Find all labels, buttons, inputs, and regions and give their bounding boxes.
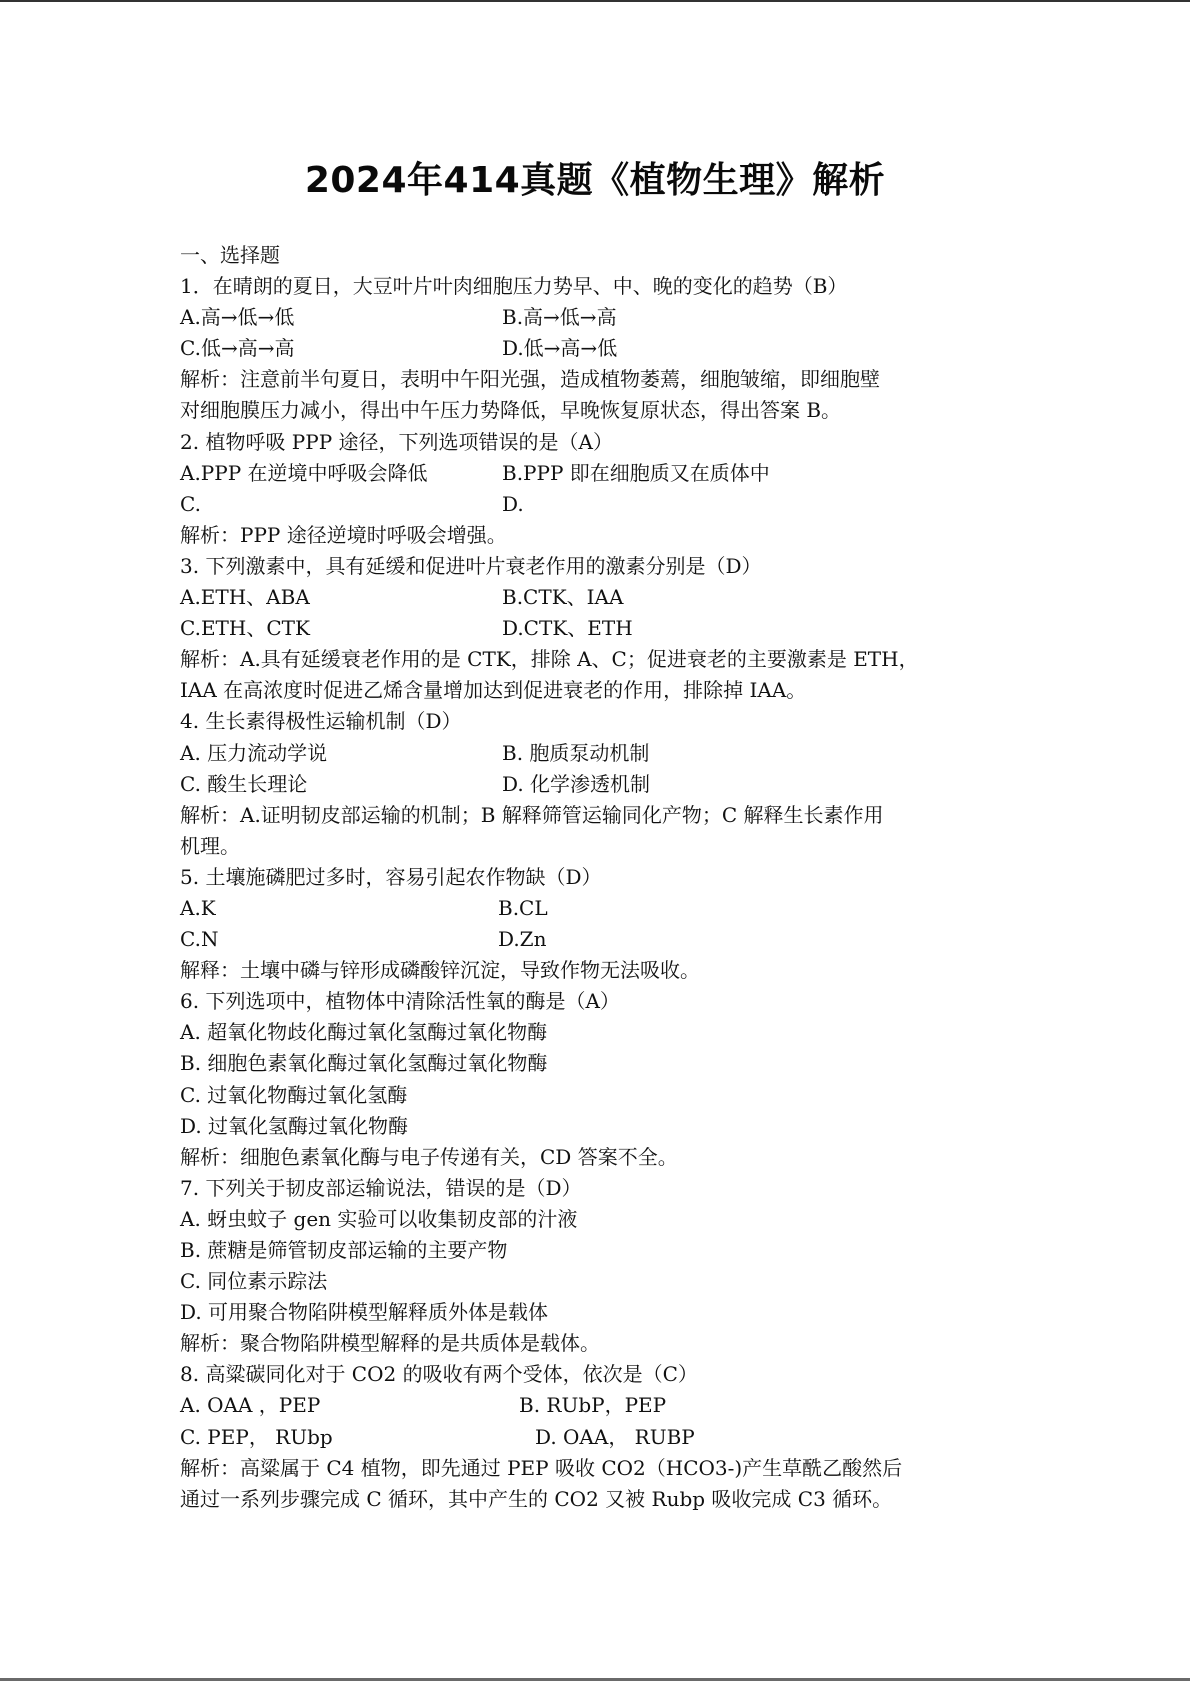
options-row: C.低→高→高 D.低→高→低 (180, 333, 1020, 364)
option-a: A.PPP 在逆境中呼吸会降低 (180, 458, 502, 489)
section-heading: 一、选择题 (180, 240, 1020, 271)
question-4: 4. 生长素得极性运输机制（D） A. 压力流动学说 B. 胞质泵动机制 C. … (180, 706, 1020, 861)
question-1: 1．在晴朗的夏日，大豆叶片叶肉细胞压力势早、中、晚的变化的趋势（B） A.高→低… (180, 271, 1020, 426)
top-border (0, 0, 1190, 2)
option-d: D. 可用聚合物陷阱模型解释质外体是载体 (180, 1297, 1020, 1328)
options-row: A.PPP 在逆境中呼吸会降低 B.PPP 即在细胞质又在质体中 (180, 458, 1020, 489)
analysis-line: 对细胞膜压力减小，得出中午压力势降低，早晚恢复原状态，得出答案 B。 (180, 395, 1020, 426)
question-stem: 5. 土壤施磷肥过多时，容易引起农作物缺（D） (180, 862, 1020, 893)
options-row: C. D. (180, 489, 1020, 520)
option-d: D.CTK、ETH (502, 613, 633, 644)
option-a: A. 压力流动学说 (180, 738, 502, 769)
options-row: C.ETH、CTK D.CTK、ETH (180, 613, 1020, 644)
option-a: A.K (180, 893, 498, 924)
document-body: 一、选择题 1．在晴朗的夏日，大豆叶片叶肉细胞压力势早、中、晚的变化的趋势（B）… (180, 240, 1020, 1515)
question-stem: 3. 下列激素中，具有延缓和促进叶片衰老作用的激素分别是（D） (180, 551, 1020, 582)
analysis-line: 通过一系列步骤完成 C 循环，其中产生的 CO2 又被 Rubp 吸收完成 C3… (180, 1484, 1020, 1515)
option-d: D. 过氧化氢酶过氧化物酶 (180, 1111, 1020, 1142)
option-b: B. 胞质泵动机制 (502, 738, 649, 769)
question-2: 2. 植物呼吸 PPP 途径，下列选项错误的是（A） A.PPP 在逆境中呼吸会… (180, 427, 1020, 551)
option-b: B. 蔗糖是筛管韧皮部运输的主要产物 (180, 1235, 1020, 1266)
option-b: B.高→低→高 (502, 302, 617, 333)
question-stem: 7. 下列关于韧皮部运输说法，错误的是（D） (180, 1173, 1020, 1204)
options-row: A.K B.CL (180, 893, 1020, 924)
options-row: A. 压力流动学说 B. 胞质泵动机制 (180, 738, 1020, 769)
option-c: C.N (180, 924, 498, 955)
analysis-line: 解析：A.具有延缓衰老作用的是 CTK，排除 A、C；促进衰老的主要激素是 ET… (180, 644, 1020, 675)
question-stem: 1．在晴朗的夏日，大豆叶片叶肉细胞压力势早、中、晚的变化的趋势（B） (180, 271, 1020, 302)
options-row: A. OAA ，PEP B. RUbP，PEP (180, 1390, 1020, 1421)
option-b: B. RUbP，PEP (519, 1390, 666, 1421)
question-8: 8. 高粱碳同化对于 CO2 的吸收有两个受体，依次是（C） A. OAA ，P… (180, 1359, 1020, 1514)
option-b: B. 细胞色素氧化酶过氧化氢酶过氧化物酶 (180, 1048, 1020, 1079)
analysis-line: 解析：细胞色素氧化酶与电子传递有关，CD 答案不全。 (180, 1142, 1020, 1173)
analysis-line: 解析：高粱属于 C4 植物，即先通过 PEP 吸收 CO2（HCO3-)产生草酰… (180, 1453, 1020, 1484)
options-row: C. PEP， RUbp D. OAA， RUBP (180, 1422, 1020, 1453)
analysis-line: 机理。 (180, 831, 1020, 862)
option-d: D. (502, 489, 524, 520)
question-7: 7. 下列关于韧皮部运输说法，错误的是（D） A. 蚜虫蚊子 gen 实验可以收… (180, 1173, 1020, 1360)
option-d: D. OAA， RUBP (535, 1422, 695, 1453)
analysis-line: 解释：土壤中磷与锌形成磷酸锌沉淀，导致作物无法吸收。 (180, 955, 1020, 986)
option-b: B.CL (498, 893, 548, 924)
page-title: 2024年414真题《植物生理》解析 (0, 152, 1190, 203)
option-a: A.高→低→低 (180, 302, 502, 333)
option-a: A. 超氧化物歧化酶过氧化氢酶过氧化物酶 (180, 1017, 1020, 1048)
analysis-line: 解析：注意前半句夏日，表明中午阳光强，造成植物萎蔫，细胞皱缩，即细胞壁 (180, 364, 1020, 395)
question-stem: 2. 植物呼吸 PPP 途径，下列选项错误的是（A） (180, 427, 1020, 458)
option-c: C. 同位素示踪法 (180, 1266, 1020, 1297)
option-b: B.CTK、IAA (502, 582, 623, 613)
option-a: A.ETH、ABA (180, 582, 502, 613)
bottom-border (0, 1678, 1190, 1681)
option-d: D. 化学渗透机制 (502, 769, 650, 800)
options-row: A.高→低→低 B.高→低→高 (180, 302, 1020, 333)
option-c: C. PEP， RUbp (180, 1422, 535, 1453)
question-6: 6. 下列选项中，植物体中清除活性氧的酶是（A） A. 超氧化物歧化酶过氧化氢酶… (180, 986, 1020, 1173)
option-c: C. 过氧化物酶过氧化氢酶 (180, 1080, 1020, 1111)
analysis-line: 解析：PPP 途径逆境时呼吸会增强。 (180, 520, 1020, 551)
question-5: 5. 土壤施磷肥过多时，容易引起农作物缺（D） A.K B.CL C.N D.Z… (180, 862, 1020, 986)
question-stem: 8. 高粱碳同化对于 CO2 的吸收有两个受体，依次是（C） (180, 1359, 1020, 1390)
option-d: D.低→高→低 (502, 333, 617, 364)
options-row: A.ETH、ABA B.CTK、IAA (180, 582, 1020, 613)
option-d: D.Zn (498, 924, 546, 955)
option-c: C. (180, 489, 502, 520)
option-c: C. 酸生长理论 (180, 769, 502, 800)
analysis-line: IAA 在高浓度时促进乙烯含量增加达到促进衰老的作用，排除掉 IAA。 (180, 675, 1020, 706)
analysis-line: 解析：A.证明韧皮部运输的机制；B 解释筛管运输同化产物；C 解释生长素作用 (180, 800, 1020, 831)
option-b: B.PPP 即在细胞质又在质体中 (502, 458, 770, 489)
option-a: A. 蚜虫蚊子 gen 实验可以收集韧皮部的汁液 (180, 1204, 1020, 1235)
options-row: C. 酸生长理论 D. 化学渗透机制 (180, 769, 1020, 800)
option-c: C.ETH、CTK (180, 613, 502, 644)
option-c: C.低→高→高 (180, 333, 502, 364)
question-stem: 4. 生长素得极性运输机制（D） (180, 706, 1020, 737)
question-stem: 6. 下列选项中，植物体中清除活性氧的酶是（A） (180, 986, 1020, 1017)
question-3: 3. 下列激素中，具有延缓和促进叶片衰老作用的激素分别是（D） A.ETH、AB… (180, 551, 1020, 706)
options-row: C.N D.Zn (180, 924, 1020, 955)
analysis-line: 解析：聚合物陷阱模型解释的是共质体是载体。 (180, 1328, 1020, 1359)
option-a: A. OAA ，PEP (180, 1390, 519, 1421)
